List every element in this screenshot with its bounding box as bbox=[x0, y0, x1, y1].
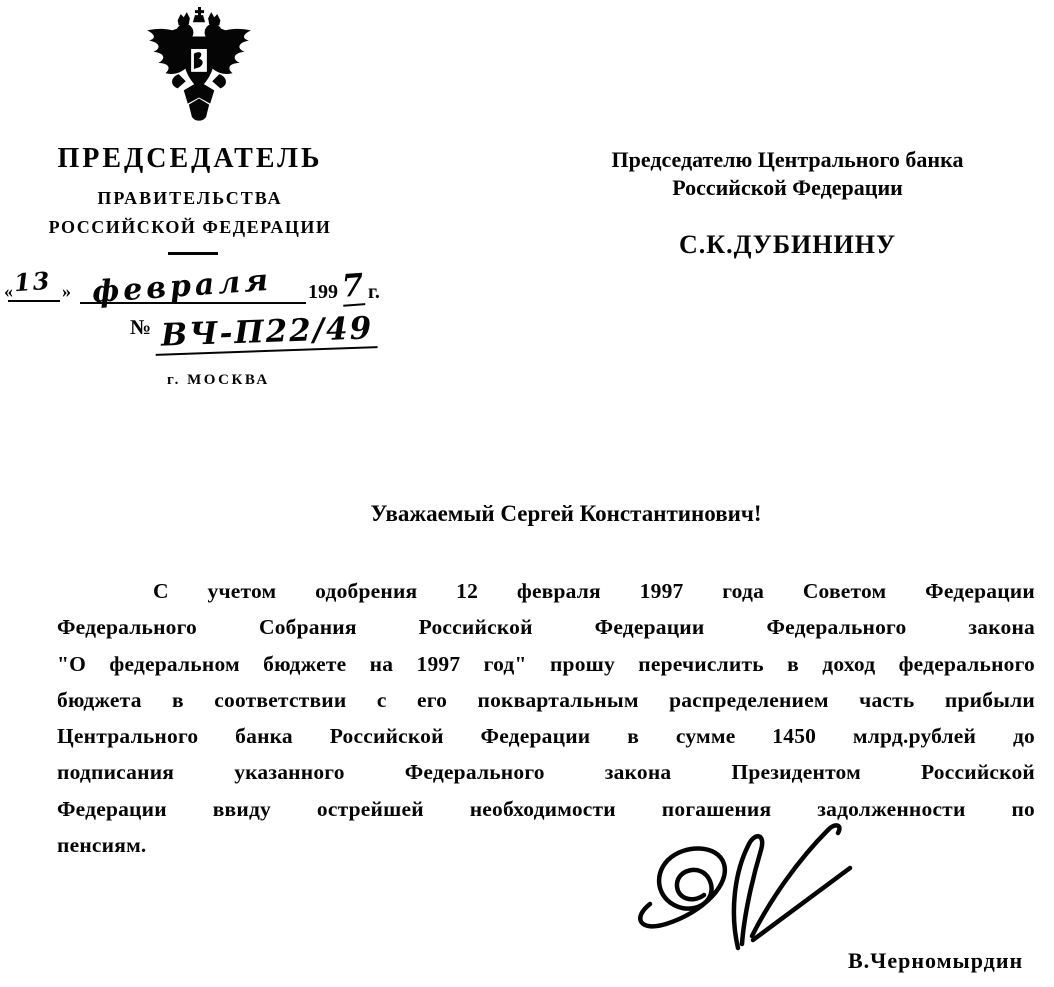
handwritten-day: 13 bbox=[13, 266, 52, 298]
month-blank-line: февраля bbox=[80, 262, 306, 304]
body-line: бюджета в соответствии с его поквартальн… bbox=[57, 682, 1035, 718]
recipient-line2: Российской Федерации bbox=[565, 174, 1010, 202]
letterhead-title: ПРЕДСЕДАТЕЛЬ bbox=[0, 143, 380, 175]
city-label: г. МОСКВА bbox=[167, 372, 270, 389]
body-line: С учетом одобрения 12 февраля 1997 года … bbox=[57, 573, 1035, 609]
body-line: Федерации ввиду острейшей необходимости … bbox=[57, 791, 1035, 827]
close-quote: » bbox=[62, 281, 71, 302]
salutation: Уважаемый Сергей Константинович! bbox=[90, 501, 1042, 527]
body-paragraph: С учетом одобрения 12 февраля 1997 года … bbox=[57, 573, 1035, 863]
recipient-name: С.К.ДУБИНИНУ bbox=[565, 230, 1010, 260]
letterhead-org-line2: РОССИЙСКОЙ ФЕДЕРАЦИИ bbox=[0, 217, 380, 238]
letterhead-org-line1: ПРАВИТЕЛЬСТВА bbox=[0, 188, 380, 209]
year-suffix: г. bbox=[368, 281, 380, 304]
body-line: Центрального банка Российской Федерации … bbox=[57, 718, 1035, 754]
day-blank-line: 13 bbox=[8, 260, 60, 302]
handwritten-doc-number: ВЧ-П22/49 bbox=[155, 310, 378, 356]
handwritten-year-digit: 7 bbox=[341, 267, 365, 306]
numero-sign: № bbox=[130, 315, 151, 339]
signer-name: В.Черномырдин bbox=[848, 948, 1023, 974]
recipient-block: Председателю Центрального банка Российск… bbox=[565, 146, 1010, 260]
body-line: Федерального Собрания Российской Федерац… bbox=[57, 609, 1035, 645]
letterhead-divider bbox=[168, 252, 218, 255]
year-printed: 199 bbox=[308, 281, 338, 304]
coat-of-arms-eagle bbox=[138, 6, 260, 126]
body-line: "О федеральном бюджете на 1997 год" прош… bbox=[57, 646, 1035, 682]
document-page: ПРЕДСЕДАТЕЛЬ ПРАВИТЕЛЬСТВА РОССИЙСКОЙ ФЕ… bbox=[0, 0, 1054, 987]
recipient-line1: Председателю Центрального банка bbox=[565, 146, 1010, 174]
date-line: « 13 » февраля 199 7 г. bbox=[4, 262, 404, 308]
body-line: подписания указанного Федерального закон… bbox=[57, 754, 1035, 790]
signature-scribble bbox=[620, 818, 870, 958]
handwritten-month: февраля bbox=[91, 263, 273, 310]
body-line: пенсиям. bbox=[57, 827, 1035, 863]
doc-number-line: № ВЧ-П22/49 bbox=[130, 314, 377, 352]
